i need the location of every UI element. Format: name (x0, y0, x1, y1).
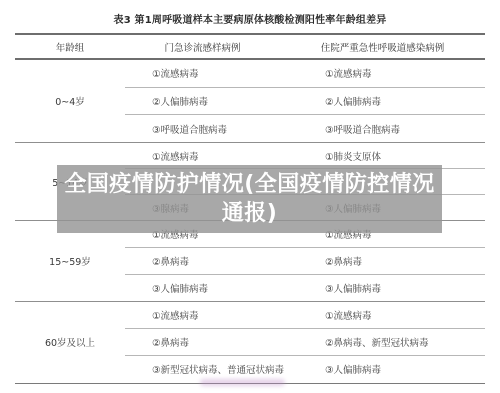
table-row: ③新型冠状病毒、普通冠状病毒 ③人偏肺病毒 (125, 355, 485, 382)
column-header-hospitalized-sari: 住院严重急性呼吸道感染病例 (280, 40, 485, 54)
ili-cell: ②鼻病毒 (125, 335, 280, 349)
sari-cell: ③人偏肺病毒 (280, 362, 485, 376)
table-title: 表3 第1周呼吸道样本主要病原体核酸检测阳性率年龄组差异 (0, 11, 500, 26)
column-header-outpatient-ili: 门急诊流感样病例 (125, 40, 280, 54)
headline-watermark-overlay: 全国疫情防护情况(全国疫情防控情况 通报) (57, 165, 442, 233)
table-row: ③人偏肺病毒 ③人偏肺病毒 (125, 274, 485, 301)
table-section-age-60-plus: 60岁及以上 ①流感病毒 ①流感病毒 ②鼻病毒 ②鼻病毒、新型冠状病毒 ③新型冠… (15, 302, 485, 384)
table-row: ②鼻病毒 ②鼻病毒 (125, 247, 485, 274)
section-rows: ①流感病毒 ①流感病毒 ②鼻病毒 ②鼻病毒、新型冠状病毒 ③新型冠状病毒、普通冠… (125, 302, 485, 383)
section-rows: ①流感病毒 ①流感病毒 ②鼻病毒 ②鼻病毒 ③人偏肺病毒 ③人偏肺病毒 (125, 221, 485, 301)
ili-cell: ③新型冠状病毒、普通冠状病毒 (125, 362, 280, 376)
sari-cell: ②鼻病毒、新型冠状病毒 (280, 335, 485, 349)
screenshot-canvas: 表3 第1周呼吸道样本主要病原体核酸检测阳性率年龄组差异 年龄组 门急诊流感样病… (0, 0, 500, 393)
age-group-label: 0~4岁 (15, 60, 125, 142)
age-group-label: 60岁及以上 (15, 302, 125, 383)
ili-cell: ③人偏肺病毒 (125, 281, 280, 295)
age-group-label: 15~59岁 (15, 221, 125, 301)
sari-cell: ②人偏肺病毒 (280, 94, 485, 108)
table-row: ②人偏肺病毒 ②人偏肺病毒 (125, 87, 485, 115)
table-row: ①流感病毒 ①流感病毒 (125, 302, 485, 328)
sari-cell: ③呼吸道合胞病毒 (280, 122, 485, 136)
headline-line-2: 通报) (222, 199, 278, 228)
column-header-age-group: 年龄组 (15, 40, 125, 54)
ili-cell: ①流感病毒 (125, 149, 280, 163)
table-row: ①流感病毒 ①流感病毒 (125, 60, 485, 87)
sari-cell: ②鼻病毒 (280, 254, 485, 268)
table-row: ③呼吸道合胞病毒 ③呼吸道合胞病毒 (125, 114, 485, 142)
watermark-smudge (200, 379, 285, 386)
ili-cell: ②鼻病毒 (125, 254, 280, 268)
table-header-row: 年龄组 门急诊流感样病例 住院严重急性呼吸道感染病例 (15, 33, 485, 60)
table-row: ②鼻病毒 ②鼻病毒、新型冠状病毒 (125, 328, 485, 355)
sari-cell: ③人偏肺病毒 (280, 281, 485, 295)
headline-line-1: 全国疫情防护情况(全国疫情防控情况 (64, 170, 435, 199)
ili-cell: ①流感病毒 (125, 308, 280, 322)
ili-cell: ③呼吸道合胞病毒 (125, 122, 280, 136)
table-section-age-15-59: 15~59岁 ①流感病毒 ①流感病毒 ②鼻病毒 ②鼻病毒 ③人偏肺病毒 ③人偏肺… (15, 221, 485, 302)
table-section-age-0-4: 0~4岁 ①流感病毒 ①流感病毒 ②人偏肺病毒 ②人偏肺病毒 ③呼吸道合胞病毒 … (15, 60, 485, 143)
sari-cell: ①肺炎支原体 (280, 149, 485, 163)
ili-cell: ①流感病毒 (125, 66, 280, 80)
sari-cell: ①流感病毒 (280, 66, 485, 80)
ili-cell: ②人偏肺病毒 (125, 94, 280, 108)
sari-cell: ①流感病毒 (280, 308, 485, 322)
section-rows: ①流感病毒 ①流感病毒 ②人偏肺病毒 ②人偏肺病毒 ③呼吸道合胞病毒 ③呼吸道合… (125, 60, 485, 142)
